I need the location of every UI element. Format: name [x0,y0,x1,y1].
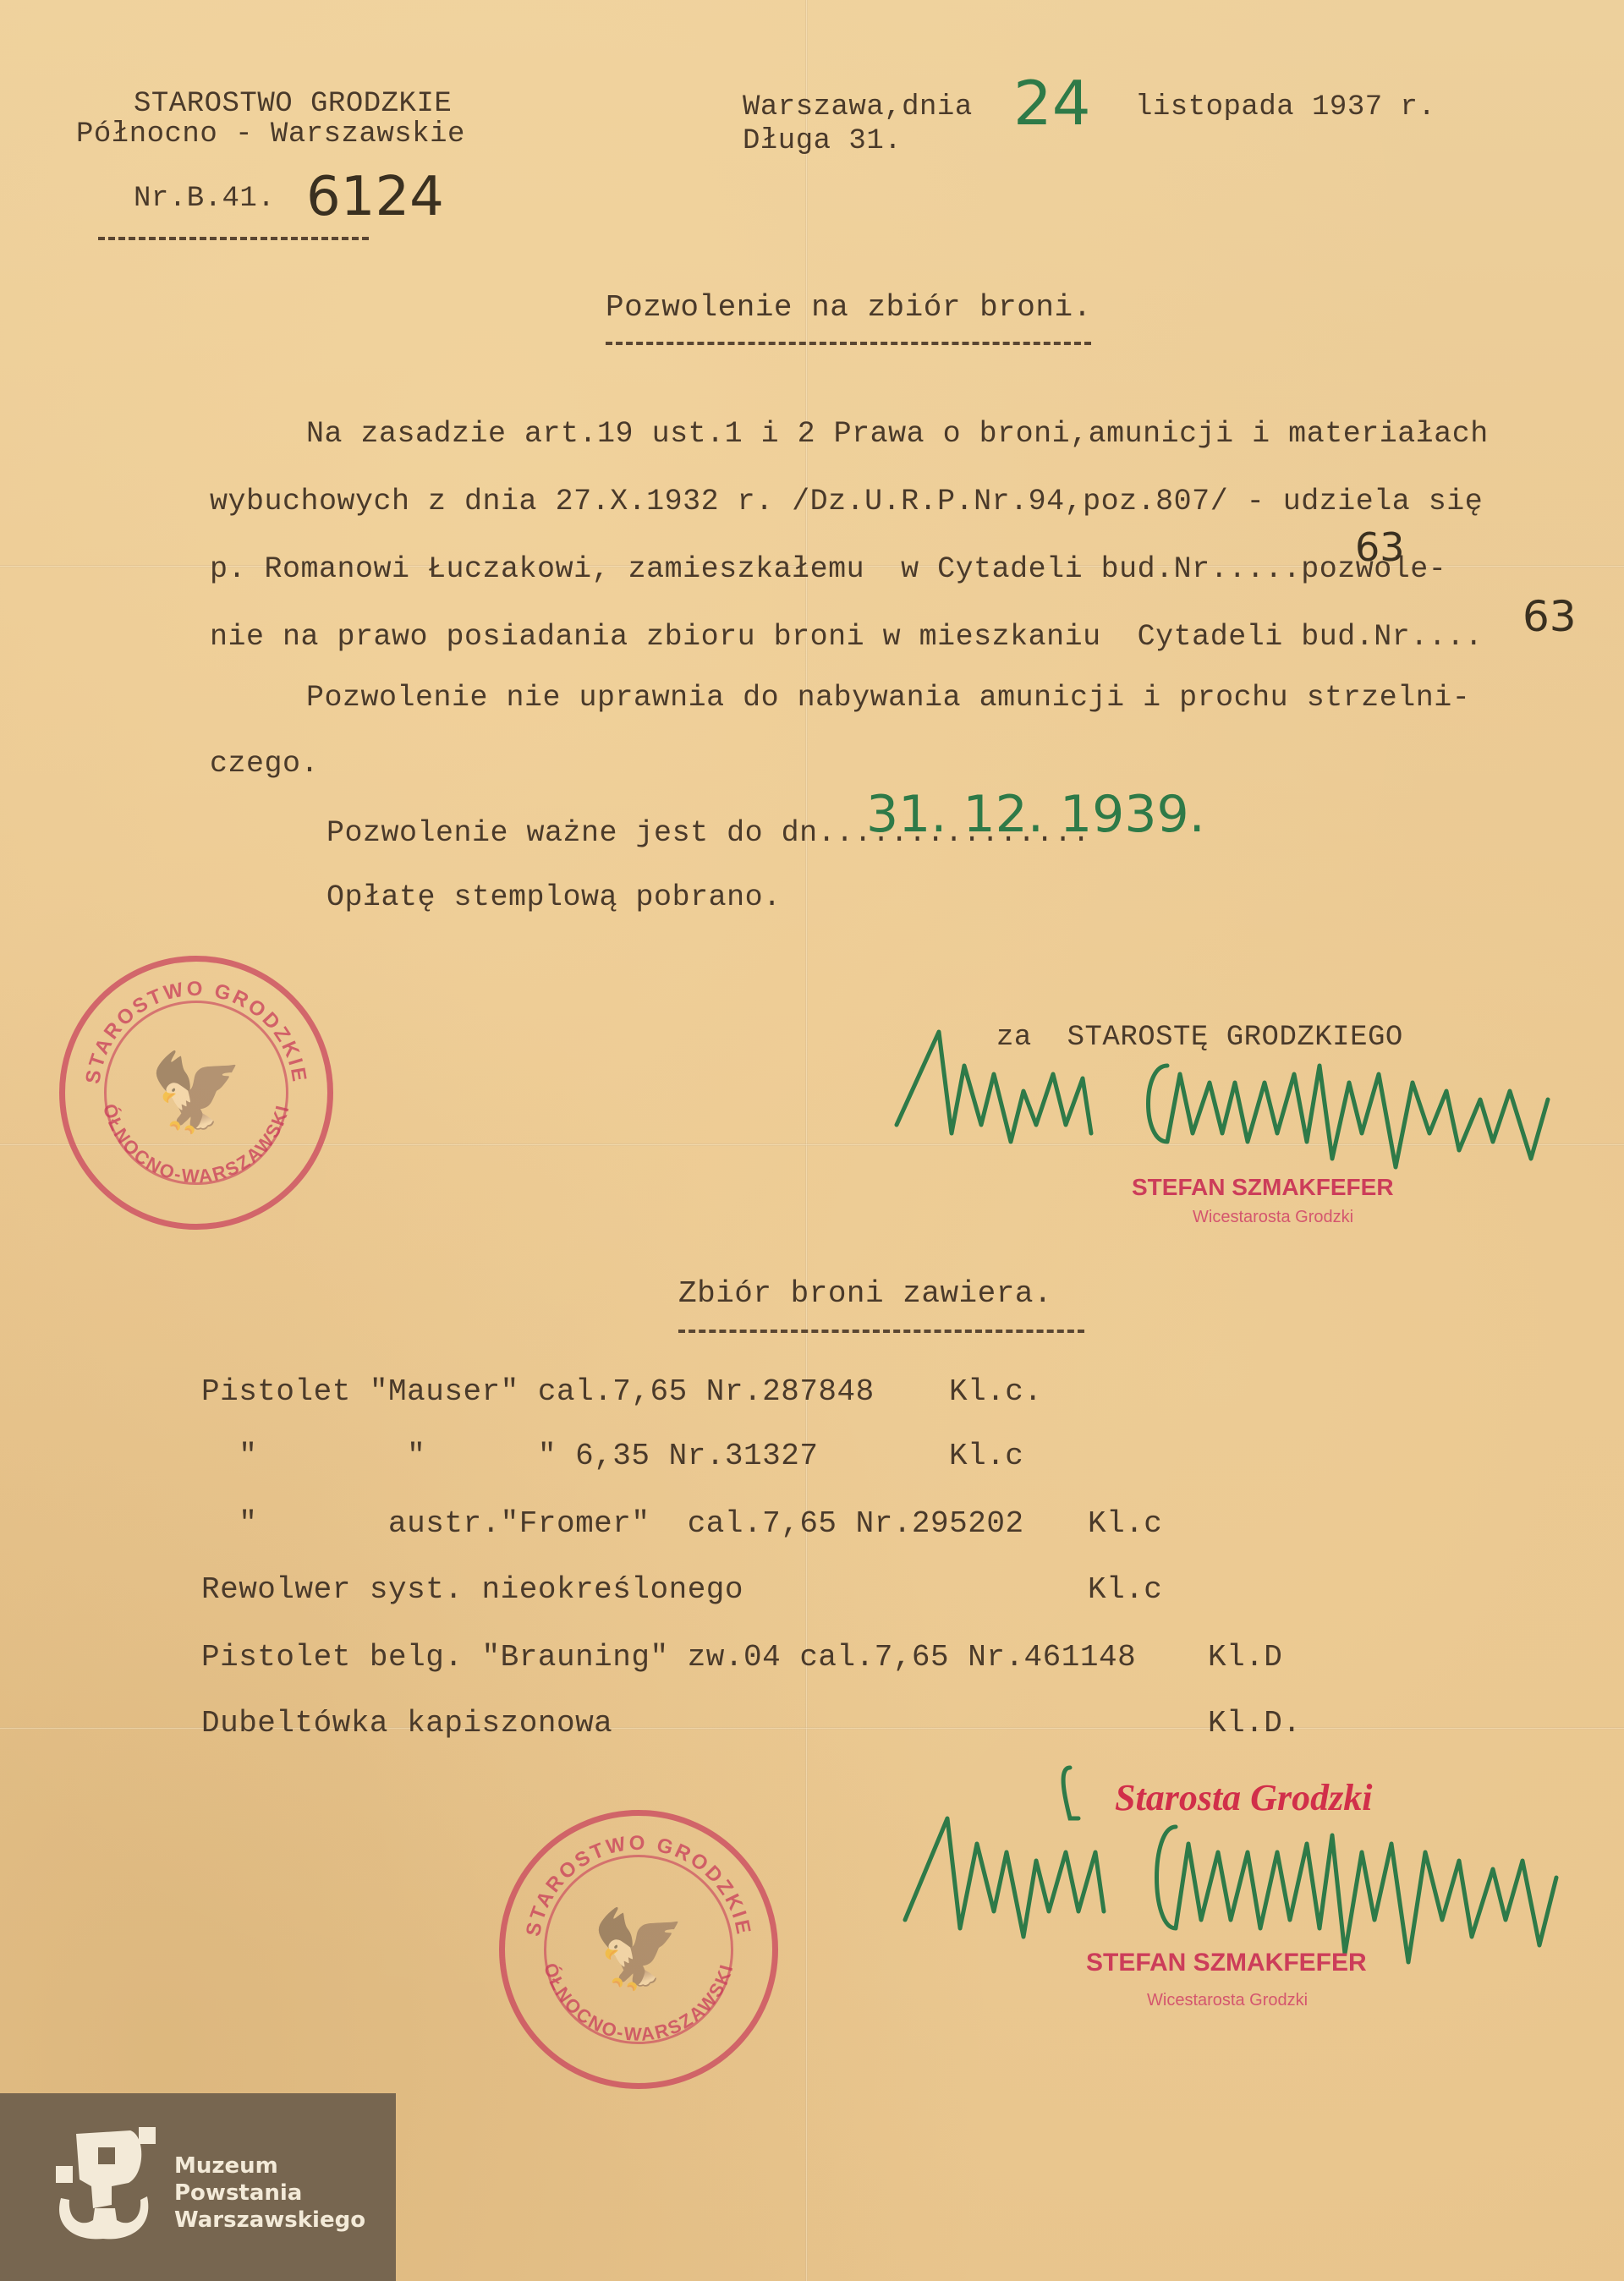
body-line-1: Na zasadzie art.19 ust.1 i 2 Prawa o bro… [306,419,1489,449]
list-item: " austr."Fromer" cal.7,65 Nr.295202 [201,1509,1024,1539]
official-stamp: 🦅 STAROSTWO GRODZKIE PÓŁNOCNO-WARSZAWSKI… [59,956,333,1230]
kotwica-anchor-logo-icon [52,2127,158,2245]
month-year: listopada 1937 r. [1135,93,1435,122]
stamp-text-ring: STAROSTWO GRODZKIE PÓŁNOCNO-WARSZAWSKIE [65,962,327,1224]
body-line-3: p. Romanowi Łuczakowi, zamieszkałemu w C… [210,555,1446,584]
list-item: Pistolet belg. "Brauning" zw.04 cal.7,65… [201,1642,1136,1673]
reference-underline [98,237,369,240]
weapon-class: Kl.D. [1208,1708,1302,1739]
title-underline [606,342,1091,345]
office-name: STAROSTWO GRODZKIE [134,90,452,118]
weapon-class: Kl.c [1088,1575,1162,1605]
handwritten-building-number-1: 63 [1355,524,1405,570]
signatory-name-stamp: STEFAN SZMAKFEFER [1132,1174,1394,1201]
body-line-4: nie na prawo posiadania zbioru broni w m… [210,622,1483,652]
weapon-class: Kl.c [949,1441,1023,1472]
list-item: Pistolet "Mauser" cal.7,65 Nr.287848 [201,1377,875,1407]
svg-text:STAROSTWO GRODZKIE: STAROSTWO GRODZKIE [81,978,310,1085]
signature-2 [897,1751,1590,1979]
reference-number: 6124 [306,166,444,228]
handwritten-validity-date: 31. 12. 1939. [866,785,1205,844]
fee-note: Opłatę stemplową pobrano. [326,883,782,913]
museum-watermark: Muzeum Powstania Warszawskiego [0,2093,396,2281]
body-line-6: czego. [210,749,319,779]
body-line-2: wybuchowych z dnia 27.X.1932 r. /Dz.U.R.… [210,487,1483,517]
inventory-heading: Zbiór broni zawiera. [678,1279,1052,1309]
reference-prefix: Nr.B.41. [134,184,275,213]
signatory-title-stamp: Wicestarosta Grodzki [1193,1208,1353,1227]
signatory-subtitle-stamp-2: Wicestarosta Grodzki [1147,1991,1308,2010]
handwritten-day: 24 [1013,68,1091,139]
place-date-prefix: Warszawa,dnia [743,93,973,122]
list-item: Rewolwer syst. nieokreślonego [201,1575,743,1605]
signatory-name-stamp-2: STEFAN SZMAKFEFER [1086,1949,1367,1977]
stamp-text-ring: STAROSTWO GRODZKIE PÓŁNOCNO-WARSZAWSKIE [505,1816,772,2083]
inventory-heading-underline [678,1330,1084,1333]
svg-text:STAROSTWO GRODZKIE: STAROSTWO GRODZKIE [522,1832,755,1938]
weapon-class: Kl.c [1088,1509,1162,1539]
weapon-class: Kl.c. [949,1377,1043,1407]
signature-1 [888,1015,1590,1184]
body-line-5: Pozwolenie nie uprawnia do nabywania amu… [306,683,1470,713]
office-district: Północno - Warszawskie [76,120,465,149]
museum-name: Muzeum Powstania Warszawskiego [174,2152,365,2234]
handwritten-building-number-2: 63 [1522,592,1577,641]
list-item: Dubeltówka kapiszonowa [201,1708,612,1739]
official-stamp-2: 🦅 STAROSTWO GRODZKIE PÓŁNOCNO-WARSZAWSKI… [499,1810,778,2089]
weapon-class: Kl.D [1208,1642,1282,1673]
list-item: " " " 6,35 Nr.31327 [201,1441,818,1472]
office-address: Długa 31. [743,127,902,156]
document-title: Pozwolenie na zbiór broni. [606,293,1092,323]
